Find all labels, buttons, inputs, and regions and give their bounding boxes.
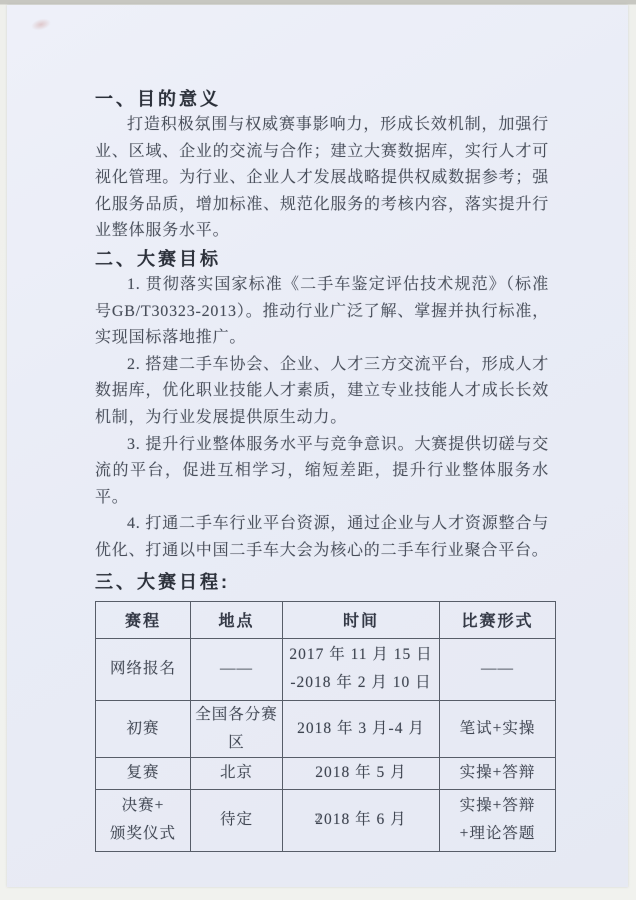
cell-format: 笔试+实操 [440,700,556,757]
col-header-time: 时间 [283,601,440,638]
cell-format: 实操+答辩 [440,757,556,789]
cell-line: 实操+答辩 [442,759,553,787]
cell-line: 笔试+实操 [442,715,553,743]
section-3-heading: 三、大赛日程: [95,571,549,593]
section-1-heading: 一、目的意义 [95,88,549,110]
cell-line: 复赛 [98,759,188,787]
table-row-semifinal: 复赛 北京 2018 年 5 月 实操+答辩 [96,757,556,789]
section-1-paragraph: 打造积极氛围与权威赛事影响力，形成长效机制，加强行业、区域、企业的交流与合作；建… [95,112,549,245]
section-2-heading: 二、大赛目标 [95,248,549,270]
col-header-format: 比赛形式 [440,601,556,638]
cell-line: 2018 年 5 月 [285,759,437,787]
cell-line: 初赛 [98,715,188,743]
cell-stage: 网络报名 [96,638,191,700]
section-2-item-2: 2. 搭建二手车协会、企业、人才三方交流平台，形成人才数据库，优化职业技能人才素… [95,352,549,432]
section-2-item-1: 1. 贯彻落实国家标准《二手车鉴定评估技术规范》（标准号GB/T30323-20… [95,272,549,352]
document-content: 一、目的意义 打造积极氛围与权威赛事影响力，形成长效机制，加强行业、区域、企业的… [95,88,549,852]
cell-time: 2018 年 5 月 [283,757,440,789]
cell-line: -2018 年 2 月 10 日 [285,669,437,697]
cell-location: —— [191,638,283,700]
document-page: 一、目的意义 打造积极氛围与权威赛事影响力，形成长效机制，加强行业、区域、企业的… [7,5,628,887]
cell-time: 2018 年 3 月-4 月 [283,700,440,757]
scan-smudge [30,17,52,33]
section-2-item-3: 3. 提升行业整体服务水平与竞争意识。大赛提供切磋与交流的平台，促进互相学习，缩… [95,432,549,512]
cell-line: 2017 年 11 月 15 日 [285,641,437,669]
cell-time: 2017 年 11 月 15 日 -2018 年 2 月 10 日 [283,638,440,700]
cell-stage: 复赛 [96,757,191,789]
cell-line: —— [442,655,553,683]
section-2-item-4: 4. 打通二手车行业平台资源，通过企业与人才资源整合与优化、打通以中国二手车大会… [95,511,549,564]
cell-line: 网络报名 [98,655,188,683]
cell-format: —— [440,638,556,700]
table-row-online-signup: 网络报名 —— 2017 年 11 月 15 日 -2018 年 2 月 10 … [96,638,556,700]
page-number: 2 [7,811,628,826]
cell-line: 全国各分赛区 [193,701,280,757]
cell-location: 北京 [191,757,283,789]
col-header-stage: 赛程 [96,601,191,638]
cell-stage: 初赛 [96,700,191,757]
cell-location: 全国各分赛区 [191,700,283,757]
cell-line: —— [193,655,280,683]
table-header-row: 赛程 地点 时间 比赛形式 [96,601,556,638]
col-header-location: 地点 [191,601,283,638]
cell-line: 北京 [193,759,280,787]
table-row-preliminary: 初赛 全国各分赛区 2018 年 3 月-4 月 笔试+实操 [96,700,556,757]
cell-line: 2018 年 3 月-4 月 [285,715,437,743]
